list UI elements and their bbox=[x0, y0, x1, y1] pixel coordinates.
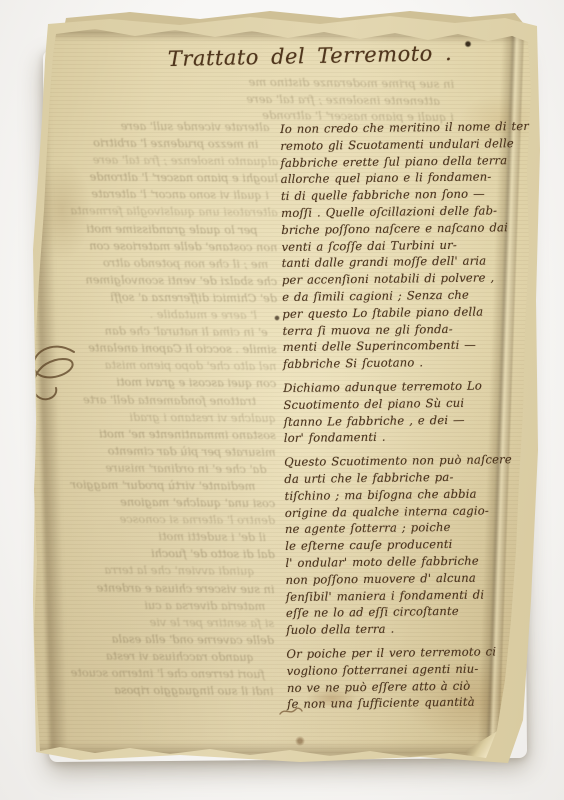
paragraph-2: Dichiamo adunque terremoto LoScuotimento… bbox=[283, 377, 528, 447]
manuscript-body: Io non credo che meritino il nome di ter… bbox=[280, 118, 531, 720]
text-line: alteratosi una qualsivoglia fermenta bbox=[32, 202, 278, 221]
text-line: allorche quel piano e li fondamen- bbox=[281, 168, 525, 188]
text-line: briche poſſono naſcere e naſcano dai bbox=[281, 219, 525, 239]
text-line: delle caverne ond' ella esala bbox=[28, 630, 274, 649]
text-line: dentro l' alterna si conosce bbox=[29, 510, 275, 529]
text-line: alquanto insolenze ; fra tal' aere bbox=[32, 151, 278, 170]
text-line: da' che e' in ordinar' misure bbox=[29, 459, 275, 478]
paragraph-3: Questo Scuotimento non può naſcereda urt… bbox=[284, 451, 530, 639]
text-line: in mezzo prudenze l' arbitrio bbox=[32, 134, 278, 153]
text-line: l' aere e mutabile . bbox=[31, 305, 277, 324]
text-line: de' Chimici differenza a' soffi bbox=[31, 288, 277, 307]
manuscript-photo: in sue prime moderanze distino meattenen… bbox=[0, 0, 564, 800]
text-line: alterate vicende sull' aere bbox=[32, 117, 278, 136]
text-line: Questo Scuotimento non può naſcere bbox=[284, 451, 528, 471]
text-line: non costane' delle materiose con bbox=[31, 237, 277, 256]
text-line: fabbriche Si ſcuotano . bbox=[283, 353, 527, 373]
paragraph-1: Io non credo che meritino il nome di ter… bbox=[280, 118, 527, 373]
text-line: in sue viscere chiusa e ardente bbox=[28, 578, 274, 597]
text-line: me ; il che non potendo altro bbox=[31, 254, 277, 273]
text-line: ſe non una ſufficiente quantità bbox=[287, 693, 531, 713]
text-line: ſuolo della terra . bbox=[286, 619, 530, 639]
text-line: mediante' virtù produr' maggior bbox=[29, 476, 275, 495]
text-line: fuori terreno che l' interno scuote bbox=[28, 664, 274, 683]
text-line: indi il suo linguaggio riposa bbox=[27, 681, 273, 700]
text-line: misurate per più dar cimento bbox=[30, 442, 276, 461]
text-line: che sbalzi de' venti sconvolgimen bbox=[31, 271, 277, 290]
text-line: quindi avvien' che la terra bbox=[29, 561, 275, 580]
text-line: il de' i sudetti moti bbox=[29, 527, 275, 546]
text-line: luoghi e piano nascer' l' altronde bbox=[32, 168, 278, 187]
manuscript-page: in sue prime moderanze distino meattenen… bbox=[0, 0, 564, 800]
text-line: materia diversa a cui bbox=[28, 596, 274, 615]
text-line: si fa sentire per le vie bbox=[28, 613, 274, 632]
text-line: dal di sotto de' fuochi bbox=[29, 544, 275, 563]
text-line: per lo quale grandissime moti bbox=[32, 219, 278, 238]
text-line: lor' fondamenti . bbox=[284, 427, 528, 447]
paragraph-4: Or poiche per il vero terremoto civoglio… bbox=[286, 643, 531, 713]
small-ink-mark bbox=[278, 704, 304, 720]
text-line: Or poiche per il vero terremoto ci bbox=[286, 643, 530, 663]
text-line: cosi una' qualche' magione bbox=[29, 493, 275, 512]
marginal-ink-squiggle bbox=[20, 336, 82, 420]
text-line: sostano immantinente ne' moti bbox=[30, 425, 276, 444]
text-line: per accenſioni notabili di polvere , bbox=[282, 269, 526, 289]
text-line: quando racchiusa vi resta bbox=[28, 647, 274, 666]
text-line: i quali vi sono ancor' l' alterate bbox=[32, 185, 278, 204]
